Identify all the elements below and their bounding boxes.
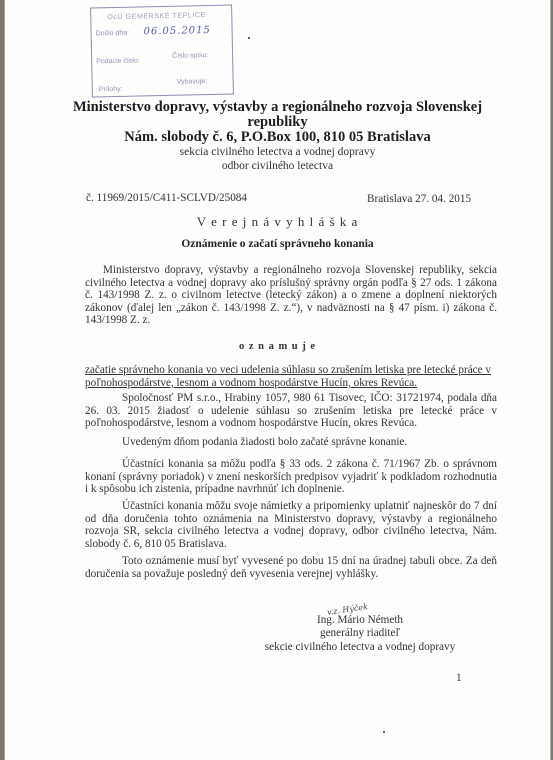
stamp-attachments-label: Prílohy: [99, 86, 123, 93]
intro-paragraph: Ministerstvo dopravy, výstavby a regioná… [85, 264, 497, 327]
paragraph-participants-rights: Účastníci konania sa môžu podľa § 33 ods… [85, 458, 497, 496]
speck [248, 37, 250, 39]
place-date: Bratislava 27. 04. 2015 [367, 193, 471, 206]
document-subtitle: Oznámenie o začatí správneho konania [5, 238, 550, 250]
speck [383, 731, 385, 733]
page-number: 1 [456, 672, 462, 685]
announces-heading: o z n a m u j e [5, 341, 550, 352]
signatory-section: sekcie civilného letectva a vodnej dopra… [215, 641, 505, 654]
ministry-address: Nám. slobody č. 6, P.O.Box 100, 810 05 B… [5, 129, 550, 146]
paragraph-posting: Toto oznámenie musí byť vyvesené po dobu… [85, 555, 497, 580]
ministry-department: odbor civilného letectva [5, 160, 550, 172]
signatory-role: generálny riaditeľ [235, 627, 485, 640]
stamp-file-number-label: Číslo spisu: [172, 52, 208, 60]
ministry-section: sekcia civilného letectva a vodnej dopra… [5, 146, 550, 158]
document-page: OcÚ GEMERSKÉ TEPLICE Došlo dňa: 06.05.20… [4, 0, 551, 760]
stamp-office: OcÚ GEMERSKÉ TEPLICE [107, 12, 206, 21]
stamp-handled-by-label: Vybavuje: [177, 78, 208, 86]
paragraph-application: Spoločnosť PM s.r.o., Hrabiny 1057, 980 … [85, 392, 497, 430]
stamp-received-label: Došlo dňa: [96, 30, 130, 38]
stamp-received-date: 06.05.2015 [143, 25, 210, 37]
registry-stamp: OcÚ GEMERSKÉ TEPLICE Došlo dňa: 06.05.20… [90, 5, 234, 98]
reference-number: č. 11969/2015/C411-SCLVD/25084 [86, 192, 247, 205]
paragraph-proceedings-start: Uvedeným dňom podania žiadosti bolo zača… [85, 436, 497, 449]
subject-text: začatie správneho konania vo veci udelen… [85, 364, 497, 389]
signatory-name: Ing. Mário Németh [235, 614, 485, 627]
document-title: V e r e j n á v y h l á š k a [5, 214, 550, 230]
paragraph-objections: Účastníci konania môžu svoje námietky a … [85, 500, 497, 550]
stamp-reg-number-label: Podacie číslo: [96, 57, 140, 65]
